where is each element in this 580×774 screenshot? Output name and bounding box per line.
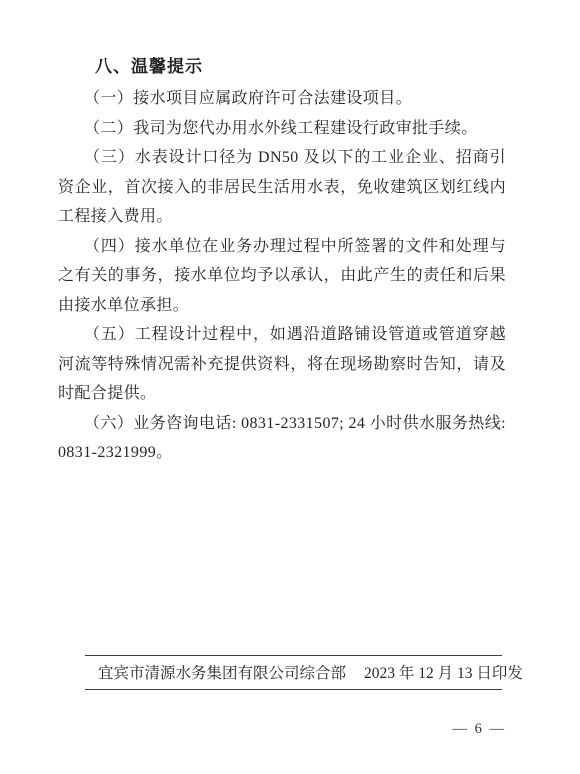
paragraph-3: （三）水表设计口径为 DN50 及以下的工业企业、招商引资企业，首次接入的非居民… bbox=[58, 143, 506, 232]
paragraph-4: （四）接水单位在业务办理过程中所签署的文件和处理与之有关的事务，接水单位均予以承… bbox=[58, 232, 506, 321]
paragraph-5: （五）工程设计过程中，如遇沿道路铺设管道或管道穿越河流等特殊情况需补充提供资料，… bbox=[58, 320, 506, 409]
paragraph-1: （一）接水项目应属政府许可合法建设项目。 bbox=[58, 84, 506, 114]
footer-print-date: 2023 年 12 月 13 日印发 bbox=[364, 665, 523, 682]
document-page: 八、温馨提示 （一）接水项目应属政府许可合法建设项目。 （二）我司为您代办用水外… bbox=[0, 0, 580, 774]
section-heading: 八、温馨提示 bbox=[95, 52, 506, 82]
page-number: — 6 — bbox=[453, 721, 507, 738]
paragraph-2: （二）我司为您代办用水外线工程建设行政审批手续。 bbox=[58, 114, 506, 144]
footer-issuer: 宜宾市清源水务集团有限公司综合部 bbox=[98, 665, 346, 682]
print-footer: 宜宾市清源水务集团有限公司综合部2023 年 12 月 13 日印发 bbox=[85, 655, 502, 690]
document-body: 八、温馨提示 （一）接水项目应属政府许可合法建设项目。 （二）我司为您代办用水外… bbox=[58, 52, 506, 468]
paragraph-6: （六）业务咨询电话: 0831-2331507; 24 小时供水服务热线: 08… bbox=[58, 409, 506, 468]
